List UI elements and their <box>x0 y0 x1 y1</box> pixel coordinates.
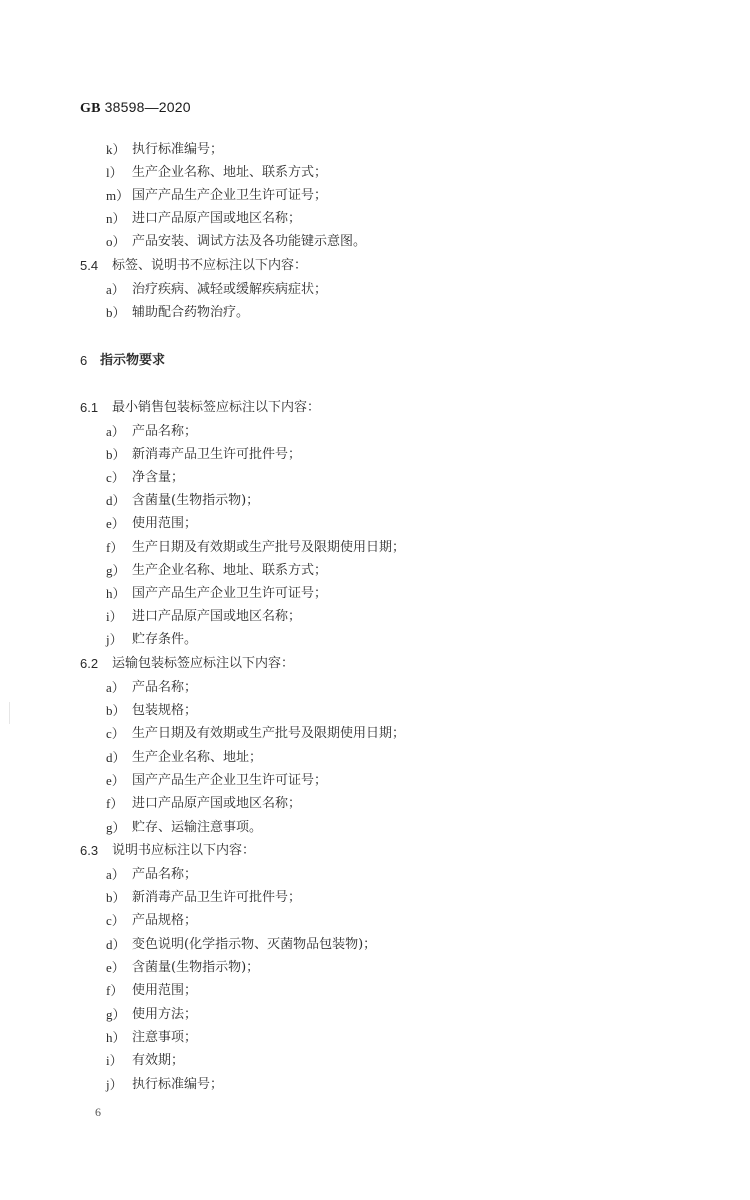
item-label: b） <box>106 703 126 719</box>
item-text: 含菌量(生物指示物)； <box>132 493 259 509</box>
clause-number: 6.3 <box>80 843 98 859</box>
item-label: n） <box>106 211 126 227</box>
item-text: 执行标准编号； <box>132 1077 223 1093</box>
item-text: 贮存条件。 <box>132 632 197 648</box>
item-label: b） <box>106 447 126 463</box>
document-page: GB38598—2020 k） 执行标准编号； l） 生产企业名称、地址、联系方… <box>0 0 750 1200</box>
item-label: g） <box>106 563 126 579</box>
section-number: 6 <box>80 353 87 369</box>
item-text: 使用范围； <box>132 983 197 999</box>
item-label: i） <box>106 609 123 625</box>
item-label: g） <box>106 820 126 836</box>
item-label: d） <box>106 493 126 509</box>
clause-text: 标签、说明书不应标注以下内容： <box>112 258 307 274</box>
item-label: i） <box>106 1053 123 1069</box>
item-text: 产品名称； <box>132 867 197 883</box>
item-text: 有效期； <box>132 1053 184 1069</box>
standard-code-header: GB38598—2020 <box>80 99 191 117</box>
clause-number: 5.4 <box>80 258 98 274</box>
item-text: 新消毒产品卫生许可批件号； <box>132 447 301 463</box>
item-label: e） <box>106 516 125 532</box>
item-label: f） <box>106 540 123 556</box>
item-label: b） <box>106 305 126 321</box>
item-label: h） <box>106 586 126 602</box>
item-text: 进口产品原产国或地区名称； <box>132 609 301 625</box>
item-text: 辅助配合药物治疗。 <box>132 305 249 321</box>
clause-number: 6.2 <box>80 656 98 672</box>
item-text: 包装规格； <box>132 703 197 719</box>
item-text: 执行标准编号； <box>132 142 223 158</box>
item-label: a） <box>106 680 125 696</box>
item-label: g） <box>106 1007 126 1023</box>
item-label: f） <box>106 796 123 812</box>
item-text: 生产企业名称、地址； <box>132 750 262 766</box>
item-text: 含菌量(生物指示物)； <box>132 960 259 976</box>
item-text: 产品规格； <box>132 913 197 929</box>
item-label: c） <box>106 913 125 929</box>
item-text: 生产日期及有效期或生产批号及限期使用日期； <box>132 726 405 742</box>
standard-prefix: GB <box>80 101 101 116</box>
item-label: c） <box>106 726 125 742</box>
item-text: 治疗疾病、减轻或缓解疾病症状； <box>132 282 327 298</box>
standard-number: 38598—2020 <box>105 99 191 115</box>
item-label: e） <box>106 773 125 789</box>
clause-number: 6.1 <box>80 400 98 416</box>
item-text: 生产企业名称、地址、联系方式； <box>132 563 327 579</box>
item-text: 新消毒产品卫生许可批件号； <box>132 890 301 906</box>
item-text: 国产产品生产企业卫生许可证号； <box>132 586 327 602</box>
item-label: k） <box>106 142 126 158</box>
item-label: d） <box>106 937 126 953</box>
page-number: 6 <box>95 1105 101 1120</box>
item-text: 生产日期及有效期或生产批号及限期使用日期； <box>132 540 405 556</box>
item-text: 产品名称； <box>132 680 197 696</box>
item-label: d） <box>106 750 126 766</box>
item-label: b） <box>106 890 126 906</box>
section-title: 指示物要求 <box>100 353 165 369</box>
item-text: 国产产品生产企业卫生许可证号； <box>132 188 327 204</box>
clause-text: 说明书应标注以下内容： <box>112 843 255 859</box>
item-text: 产品名称； <box>132 424 197 440</box>
item-label: j） <box>106 632 123 648</box>
item-label: f） <box>106 983 123 999</box>
item-text: 使用方法； <box>132 1007 197 1023</box>
item-text: 变色说明(化学指示物、灭菌物品包装物)； <box>132 937 376 953</box>
item-label: a） <box>106 424 125 440</box>
item-text: 进口产品原产国或地区名称； <box>132 796 301 812</box>
item-text: 产品安装、调试方法及各功能键示意图。 <box>132 234 366 250</box>
item-text: 注意事项； <box>132 1030 197 1046</box>
item-label: c） <box>106 470 125 486</box>
item-label: j） <box>106 1077 123 1093</box>
clause-text: 最小销售包装标签应标注以下内容： <box>112 400 320 416</box>
item-label: a） <box>106 282 125 298</box>
item-label: e） <box>106 960 125 976</box>
item-label: l） <box>106 165 123 181</box>
item-label: o） <box>106 234 126 250</box>
item-text: 净含量； <box>132 470 184 486</box>
clause-text: 运输包装标签应标注以下内容： <box>112 656 294 672</box>
item-label: a） <box>106 867 125 883</box>
item-text: 国产产品生产企业卫生许可证号； <box>132 773 327 789</box>
item-text: 进口产品原产国或地区名称； <box>132 211 301 227</box>
item-label: h） <box>106 1030 126 1046</box>
scan-artifact-line <box>9 702 10 724</box>
item-label: m） <box>106 188 129 204</box>
item-text: 生产企业名称、地址、联系方式； <box>132 165 327 181</box>
item-text: 贮存、运输注意事项。 <box>132 820 262 836</box>
item-text: 使用范围； <box>132 516 197 532</box>
